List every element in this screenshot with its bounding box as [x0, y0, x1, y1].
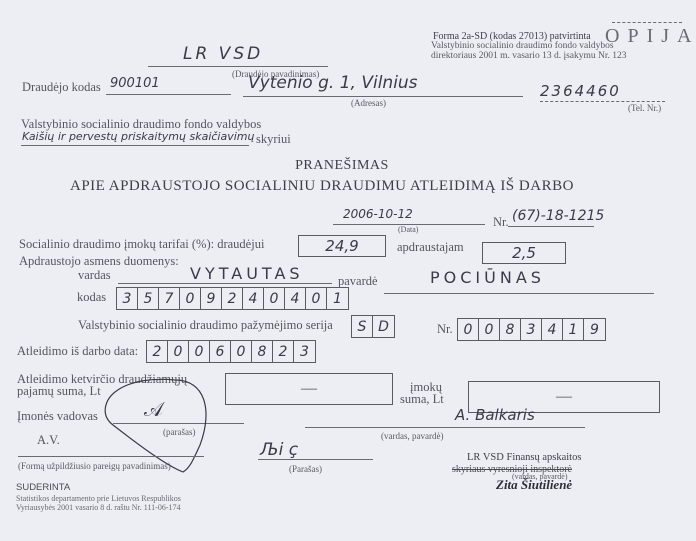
personal-code-digit: 2: [222, 288, 243, 309]
dismissal-date-cells: 20060823: [146, 340, 316, 363]
personal-code-digit: 4: [243, 288, 264, 309]
employer-phone-line: [540, 101, 665, 102]
dismissal-date-digit: 0: [189, 341, 210, 362]
document-date-caption: (Data): [398, 225, 418, 234]
personal-code-digit: 3: [117, 288, 138, 309]
personal-code-digit: 9: [201, 288, 222, 309]
employer-phone-value: 2364460: [540, 82, 621, 100]
document-subtitle: APIE APDRAUSTOJO SOCIALINIU DRAUDIMU ATL…: [70, 178, 574, 195]
dismissal-date-label: Atleidimo iš darbo data:: [17, 344, 138, 359]
employer-address-line: [243, 96, 523, 97]
employer-address-value: Vytenio g. 1, Vilnius: [248, 73, 418, 93]
dismissal-date-digit: 6: [210, 341, 231, 362]
personal-code-cells: 35709240401: [116, 287, 349, 310]
contrib-value: —: [556, 388, 572, 406]
document-title: PRANEŠIMAS: [0, 158, 690, 174]
employer-address-caption: (Adresas): [351, 98, 386, 108]
cert-number-digit: 3: [521, 319, 542, 340]
manager-name-line: [305, 427, 585, 428]
manager-name-value: A. Balkaris: [455, 406, 535, 424]
insured-rate-field: 2,5: [482, 242, 566, 264]
form-approval-line3: direktoriaus 2001 m. vasario 13 d. įsaky…: [431, 51, 627, 61]
footer-line1: Statistikos departamento prie Lietuvos R…: [16, 494, 181, 503]
copy-stamp: OPIJA: [605, 25, 696, 48]
dismissal-date-digit: 3: [294, 341, 315, 362]
personal-code-label: kodas: [77, 290, 106, 305]
filler-position-line: [18, 456, 204, 457]
inspector-line1: LR VSD Finansų apskaitos: [467, 452, 581, 463]
last-name-line: [384, 293, 654, 294]
cert-number-digit: 1: [563, 319, 584, 340]
dismissal-date-digit: 8: [252, 341, 273, 362]
personal-code-digit: 0: [264, 288, 285, 309]
cert-number-digit: 0: [479, 319, 500, 340]
document-number-label: Nr.: [493, 215, 509, 230]
employer-phone-caption: (Tel. Nr.): [628, 103, 661, 113]
filler-signature-line: [258, 459, 373, 460]
av-label: A.V.: [37, 433, 60, 448]
first-name-label: vardas: [78, 268, 111, 283]
employer-code-line: [106, 94, 231, 95]
dismissal-date-digit: 2: [147, 341, 168, 362]
cert-series-char: S: [352, 316, 373, 337]
document-date-value: 2006-10-12: [343, 207, 413, 221]
cert-number-digit: 0: [458, 319, 479, 340]
cert-number-digit: 9: [584, 319, 605, 340]
first-name-value: VYTAUTAS: [190, 264, 304, 283]
dismissal-date-digit: 0: [231, 341, 252, 362]
personal-code-digit: 4: [285, 288, 306, 309]
form-approval-line2: Valstybinio socialinio draudimo fondo va…: [431, 41, 614, 51]
employer-name-value: LR VSD: [183, 44, 263, 64]
employer-code-label: Draudėjo kodas: [22, 80, 101, 95]
personal-code-digit: 7: [159, 288, 180, 309]
approved-label: SUDERINTA: [16, 482, 70, 493]
filler-signature-caption: (Parašas): [289, 464, 322, 474]
income-value: —: [301, 380, 317, 398]
personal-code-digit: 5: [138, 288, 159, 309]
footer-line2: Vyriausybės 2001 vasario 8 d. raštu Nr. …: [16, 503, 181, 512]
personal-code-digit: 0: [180, 288, 201, 309]
contrib-label-2: suma, Lt: [400, 392, 444, 407]
inspector-name: Zita Šiutilienė: [496, 477, 572, 493]
cert-number-digit: 4: [542, 319, 563, 340]
fund-department-value: Kaišių ir pervestų priskaitymų skaičiavi…: [22, 130, 254, 143]
cert-number-label: Nr.: [437, 322, 453, 337]
fund-department-line: [21, 145, 249, 146]
dismissal-date-digit: 0: [168, 341, 189, 362]
last-name-value: POCIŪNAS: [430, 268, 545, 287]
dismissal-date-digit: 2: [273, 341, 294, 362]
first-name-line: [118, 283, 332, 284]
cert-number-cells: 0083419: [457, 318, 606, 341]
cert-series-label: Valstybinio socialinio draudimo pažymėji…: [78, 318, 333, 333]
document-number-line: [508, 226, 594, 227]
insured-rate-label: apdraustajam: [397, 240, 464, 255]
rates-label: Socialinio draudimo įmokų tarifai (%): d…: [19, 237, 264, 252]
cert-series-cells: SD: [351, 315, 395, 338]
employer-rate-field: 24,9: [298, 235, 386, 257]
employer-code-value: 900101: [110, 76, 160, 91]
income-field: —: [225, 373, 393, 405]
stamp-border: [612, 22, 682, 23]
cert-series-char: D: [373, 316, 394, 337]
employer-name-line: [148, 66, 328, 67]
manager-name-caption: (vardas, pavardė): [381, 431, 443, 441]
income-label-2: pajamų suma, Lt: [17, 384, 101, 399]
insured-section-label: Apdraustojo asmens duomenys:: [19, 254, 179, 269]
cert-number-digit: 8: [500, 319, 521, 340]
personal-code-digit: 1: [327, 288, 348, 309]
filler-signature: Љi ҫ: [260, 440, 298, 460]
document-number-value: (67)-18-1215: [512, 208, 604, 224]
filler-position-caption: (Formą užpildžiusio pareigų pavadinimas): [18, 461, 171, 471]
fund-department-suffix: skyriui: [256, 132, 291, 147]
manager-label: Įmonės vadovas: [17, 409, 98, 424]
personal-code-digit: 0: [306, 288, 327, 309]
